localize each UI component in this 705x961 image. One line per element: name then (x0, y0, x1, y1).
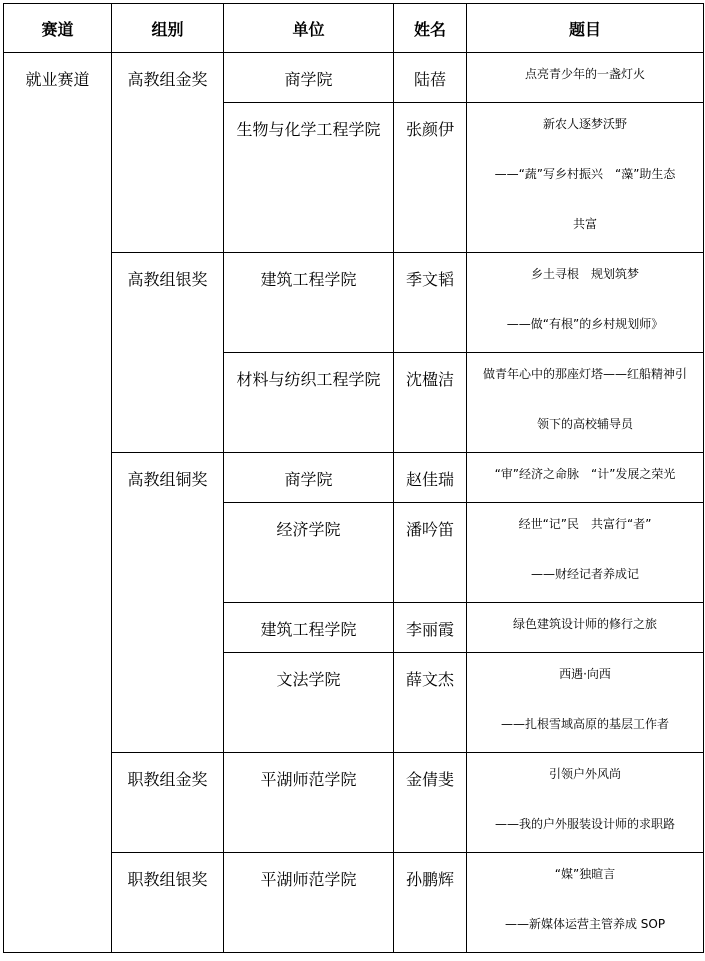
name-cell: 季文韬 (394, 253, 467, 353)
title-line: ——我的户外服装设计师的求职路 (467, 817, 703, 831)
title-line: 经世“记”民 共富行“者” (467, 517, 703, 567)
title-line: “审”经济之命脉 “计”发展之荣光 (467, 467, 703, 481)
header-track: 赛道 (4, 4, 112, 53)
header-row: 赛道 组别 单位 姓名 题目 (4, 4, 704, 53)
title-cell: 新农人逐梦沃野——“蔬”写乡村振兴 “藻”助生态共富 (467, 103, 704, 253)
name-cell: 李丽霞 (394, 603, 467, 653)
title-cell: 乡土寻根 规划筑梦——做“有根”的乡村规划师》 (467, 253, 704, 353)
group-cell: 高教组金奖 (112, 53, 224, 253)
name-cell: 孙鹏辉 (394, 853, 467, 953)
unit-cell: 商学院 (224, 53, 394, 103)
name-cell: 金倩斐 (394, 753, 467, 853)
unit-cell: 平湖师范学院 (224, 753, 394, 853)
name-cell: 薛文杰 (394, 653, 467, 753)
title-cell: 点亮青少年的一盏灯火 (467, 53, 704, 103)
unit-cell: 生物与化学工程学院 (224, 103, 394, 253)
title-line: ——新媒体运营主管养成 SOP (467, 917, 703, 931)
title-line: ——扎根雪域高原的基层工作者 (467, 717, 703, 731)
title-line: 乡土寻根 规划筑梦 (467, 267, 703, 317)
title-cell: 做青年心中的那座灯塔——红船精神引领下的高校辅导员 (467, 353, 704, 453)
title-cell: 绿色建筑设计师的修行之旅 (467, 603, 704, 653)
group-cell: 职教组金奖 (112, 753, 224, 853)
name-cell: 潘吟笛 (394, 503, 467, 603)
title-line: 新农人逐梦沃野 (467, 117, 703, 167)
table-row: 就业赛道高教组金奖商学院陆蓓点亮青少年的一盏灯火 (4, 53, 704, 103)
title-line: ——财经记者养成记 (467, 567, 703, 581)
title-cell: “媒”独暄言——新媒体运营主管养成 SOP (467, 853, 704, 953)
title-cell: 引领户外风尚——我的户外服装设计师的求职路 (467, 753, 704, 853)
title-cell: 西遇·向西——扎根雪域高原的基层工作者 (467, 653, 704, 753)
track-cell: 就业赛道 (4, 53, 112, 953)
unit-cell: 建筑工程学院 (224, 603, 394, 653)
name-cell: 沈楹洁 (394, 353, 467, 453)
title-line: “媒”独暄言 (467, 867, 703, 917)
title-cell: 经世“记”民 共富行“者”——财经记者养成记 (467, 503, 704, 603)
title-line: 点亮青少年的一盏灯火 (467, 67, 703, 81)
unit-cell: 材料与纺织工程学院 (224, 353, 394, 453)
title-line: 绿色建筑设计师的修行之旅 (467, 617, 703, 631)
title-line: 西遇·向西 (467, 667, 703, 717)
group-cell: 高教组银奖 (112, 253, 224, 453)
name-cell: 陆蓓 (394, 53, 467, 103)
header-name: 姓名 (394, 4, 467, 53)
title-line: 引领户外风尚 (467, 767, 703, 817)
title-line: 共富 (467, 217, 703, 231)
unit-cell: 文法学院 (224, 653, 394, 753)
unit-cell: 建筑工程学院 (224, 253, 394, 353)
unit-cell: 经济学院 (224, 503, 394, 603)
group-cell: 高教组铜奖 (112, 453, 224, 753)
header-title: 题目 (467, 4, 704, 53)
awards-table: 赛道 组别 单位 姓名 题目 就业赛道高教组金奖商学院陆蓓点亮青少年的一盏灯火生… (3, 3, 704, 953)
group-cell: 职教组银奖 (112, 853, 224, 953)
title-line: 做青年心中的那座灯塔——红船精神引 (467, 367, 703, 417)
header-group: 组别 (112, 4, 224, 53)
unit-cell: 商学院 (224, 453, 394, 503)
name-cell: 赵佳瑞 (394, 453, 467, 503)
header-unit: 单位 (224, 4, 394, 53)
unit-cell: 平湖师范学院 (224, 853, 394, 953)
title-line: 领下的高校辅导员 (467, 417, 703, 431)
title-cell: “审”经济之命脉 “计”发展之荣光 (467, 453, 704, 503)
name-cell: 张颜伊 (394, 103, 467, 253)
title-line: ——“蔬”写乡村振兴 “藻”助生态 (467, 167, 703, 217)
title-line: ——做“有根”的乡村规划师》 (467, 317, 703, 331)
